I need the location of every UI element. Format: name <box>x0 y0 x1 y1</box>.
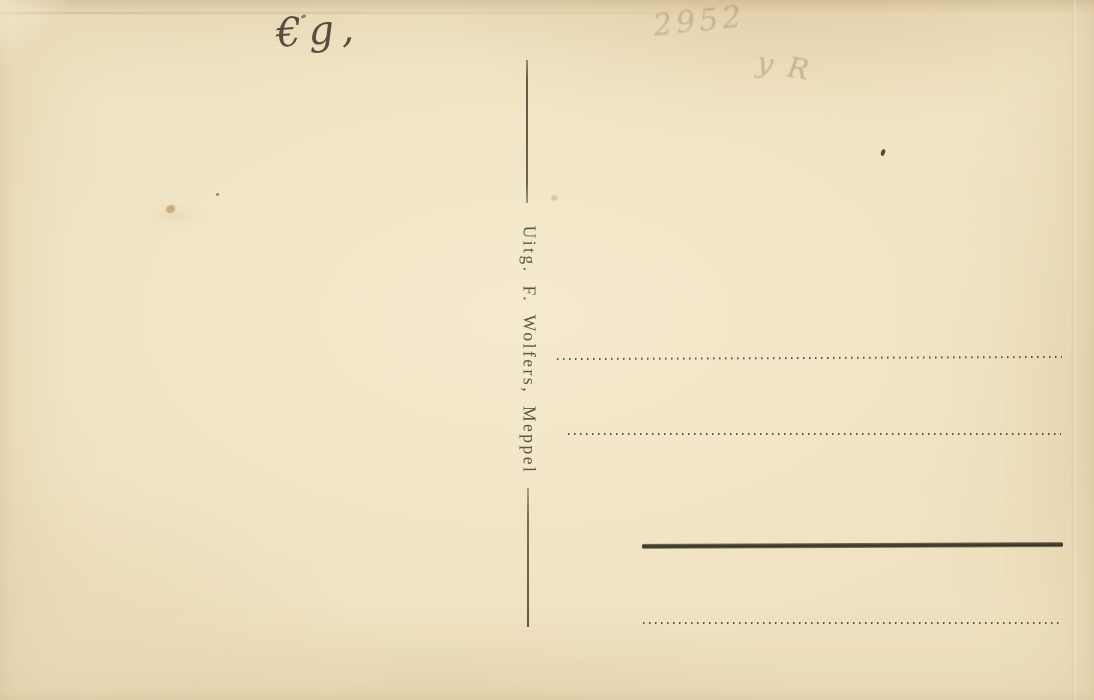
center-divider-upper <box>526 60 528 203</box>
handwritten-ink-annotation: €g, <box>274 5 362 57</box>
address-dotted-line-2 <box>568 433 1061 435</box>
postcard-back: €g, 2952 y R Uitg. F. Wolfers, Meppel <box>0 0 1094 700</box>
paper-smudge <box>130 195 220 235</box>
address-dotted-line-3 <box>643 622 1062 624</box>
top-left-corner-bend <box>0 0 70 64</box>
right-edge-crease <box>1072 0 1077 700</box>
top-crease-line <box>0 12 744 14</box>
center-divider-lower <box>527 488 529 627</box>
handwritten-pencil-number: 2952 <box>651 0 747 44</box>
paper-speck <box>880 149 886 157</box>
handwritten-pencil-initials: y R <box>755 46 814 87</box>
address-dotted-line-1 <box>557 356 1062 360</box>
publisher-imprint: Uitg. F. Wolfers, Meppel <box>519 226 540 475</box>
paper-stain <box>551 195 558 201</box>
address-solid-line <box>642 542 1063 549</box>
paper-speck <box>216 193 219 196</box>
